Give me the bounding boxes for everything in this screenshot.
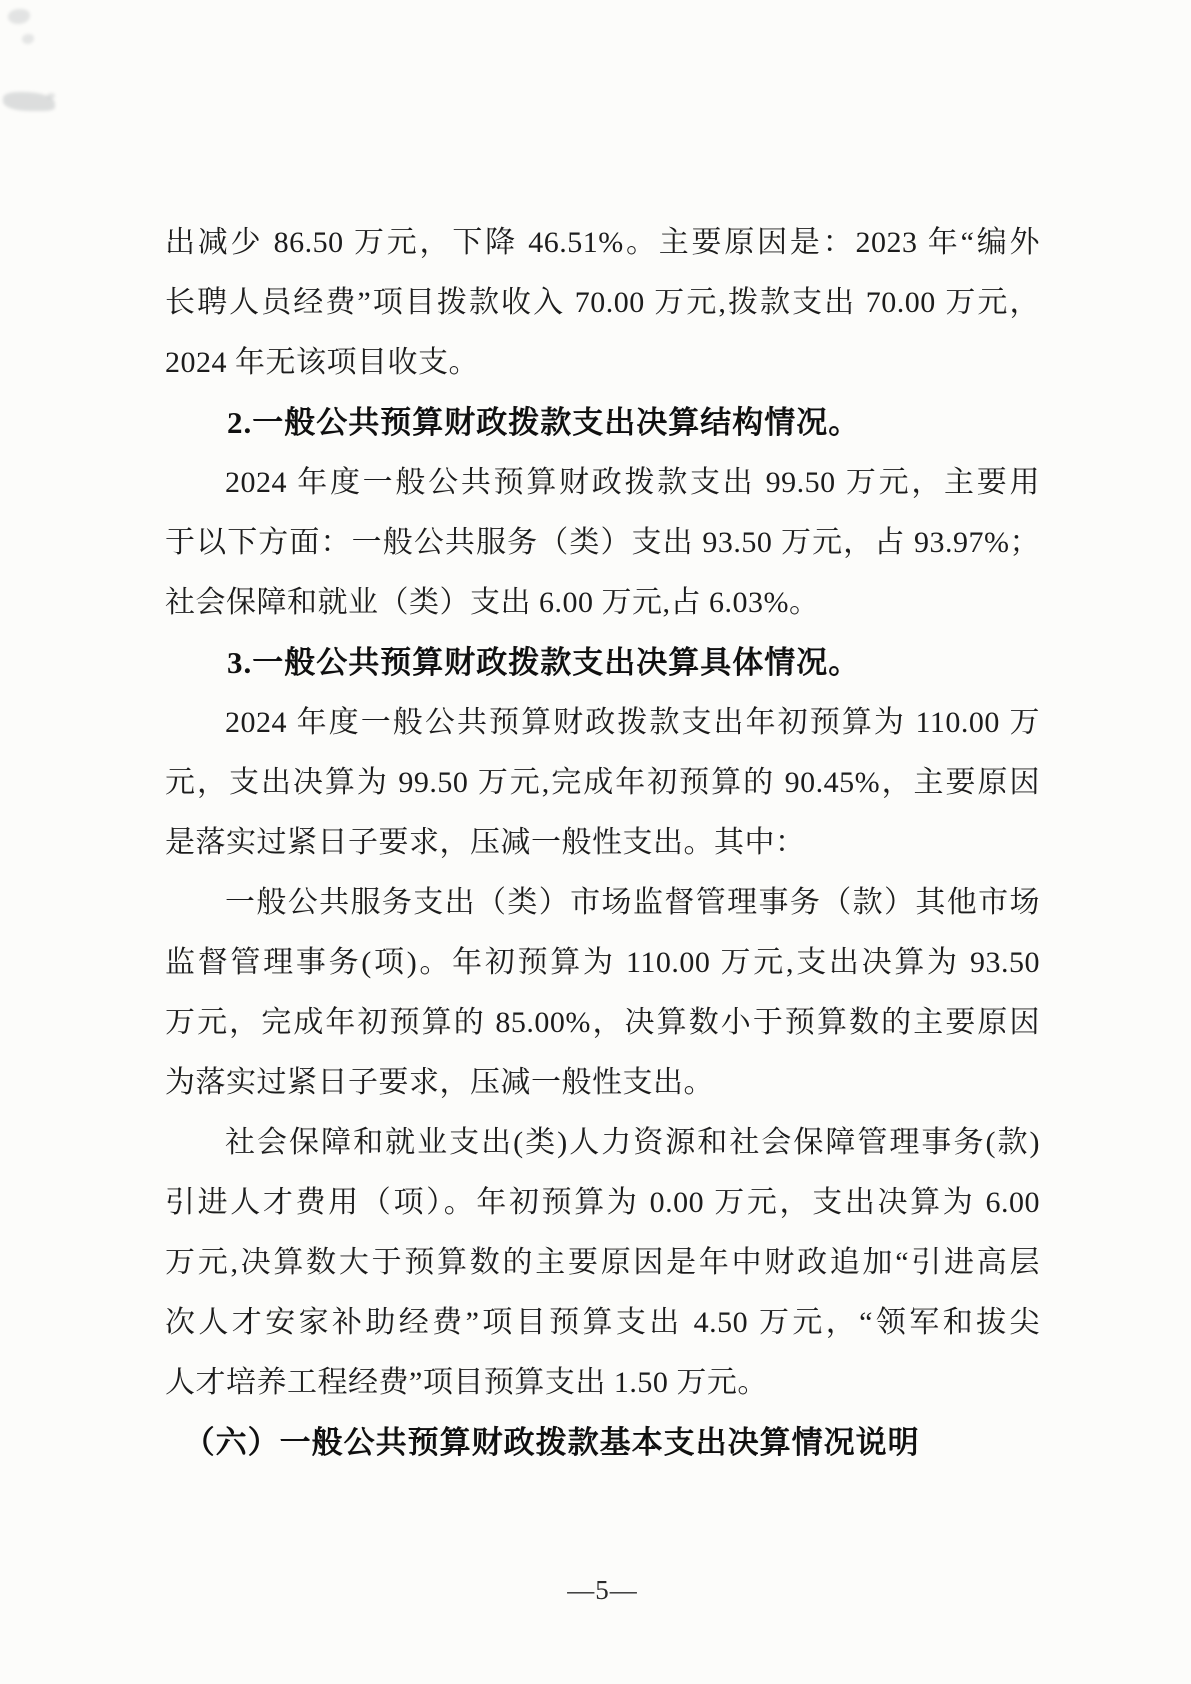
paragraph-line: 出减少 86.50 万元，下降 46.51%。主要原因是：2023 年“编外 xyxy=(165,213,1040,273)
paragraph-line: 2024 年度一般公共预算财政拨款支出年初预算为 110.00 万 xyxy=(165,693,1040,753)
paragraph-line: 社会保障和就业支出(类)人力资源和社会保障管理事务(款) xyxy=(165,1113,1040,1173)
paragraph-line: 一般公共服务支出（类）市场监督管理事务（款）其他市场 xyxy=(165,873,1040,933)
page-number: —5— xyxy=(165,1568,1040,1612)
section-2-heading: 2.一般公共预算财政拨款支出决算结构情况。 xyxy=(165,393,1040,453)
paragraph-line: 2024 年度一般公共预算财政拨款支出 99.50 万元，主要用 xyxy=(165,453,1040,513)
text-block: 出减少 86.50 万元，下降 46.51%。主要原因是：2023 年“编外 长… xyxy=(165,213,1040,1473)
paragraph-line: 监督管理事务(项)。年初预算为 110.00 万元,支出决算为 93.50 xyxy=(165,933,1040,993)
scan-smudge xyxy=(22,34,34,44)
paragraph-line: 长聘人员经费”项目拨款收入 70.00 万元,拨款支出 70.00 万元， xyxy=(165,273,1040,333)
paragraph-line: 万元，完成年初预算的 85.00%，决算数小于预算数的主要原因 xyxy=(165,993,1040,1053)
scan-smudge xyxy=(8,9,30,24)
paragraph-line: 为落实过紧日子要求，压减一般性支出。 xyxy=(165,1053,1040,1113)
section-6-heading: （六）一般公共预算财政拨款基本支出决算情况说明 xyxy=(165,1413,1040,1473)
paragraph-line: 次人才安家补助经费”项目预算支出 4.50 万元，“领军和拔尖 xyxy=(165,1293,1040,1353)
scan-smudge xyxy=(47,93,55,99)
paragraph-line: 元，支出决算为 99.50 万元,完成年初预算的 90.45%，主要原因 xyxy=(165,753,1040,813)
paragraph-line: 于以下方面：一般公共服务（类）支出 93.50 万元，占 93.97%； xyxy=(165,513,1040,573)
paragraph-line: 社会保障和就业（类）支出 6.00 万元,占 6.03%。 xyxy=(165,573,1040,633)
paragraph-line: 是落实过紧日子要求，压减一般性支出。其中： xyxy=(165,813,1040,873)
paragraph-line: 2024 年无该项目收支。 xyxy=(165,333,1040,393)
paragraph-line: 万元,决算数大于预算数的主要原因是年中财政追加“引进高层 xyxy=(165,1233,1040,1293)
paragraph-line: 人才培养工程经费”项目预算支出 1.50 万元。 xyxy=(165,1353,1040,1413)
paragraph-line: 引进人才费用（项）。年初预算为 0.00 万元，支出决算为 6.00 xyxy=(165,1173,1040,1233)
section-3-heading: 3.一般公共预算财政拨款支出决算具体情况。 xyxy=(165,633,1040,693)
document-page: 出减少 86.50 万元，下降 46.51%。主要原因是：2023 年“编外 长… xyxy=(0,0,1191,1684)
